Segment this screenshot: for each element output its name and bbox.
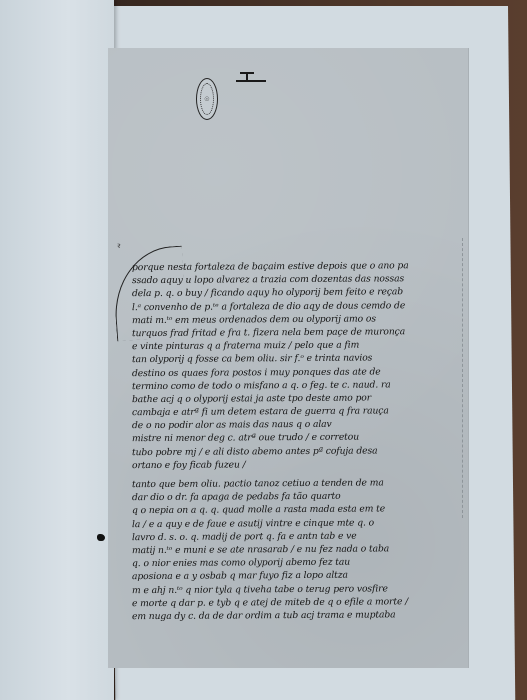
text-line: ortano e foy ficab fuzeu /: [132, 457, 462, 472]
signature-bar-stroke: [236, 80, 266, 82]
stamp-emblem: ☉: [200, 83, 214, 115]
margin-note: ꝛ: [116, 240, 120, 251]
plate-fold-line: [462, 238, 464, 518]
ink-blot: [97, 534, 105, 541]
archive-stamp-icon: ☉: [196, 78, 218, 120]
manuscript-facsimile-plate: ☉ ꝛ porque nesta fortaleza de baçaim est…: [108, 48, 469, 668]
paragraph-2: tanto que bem oliu. pactio tanoz cetiuo …: [132, 477, 462, 622]
paragraph-1: porque nesta fortaleza de baçaim estive …: [132, 260, 462, 471]
left-book-page: [0, 0, 114, 700]
text-line: em nuga dy c. da de dar ordim a tub acj …: [132, 608, 462, 623]
manuscript-text: porque nesta fortaleza de baçaim estive …: [132, 260, 462, 622]
